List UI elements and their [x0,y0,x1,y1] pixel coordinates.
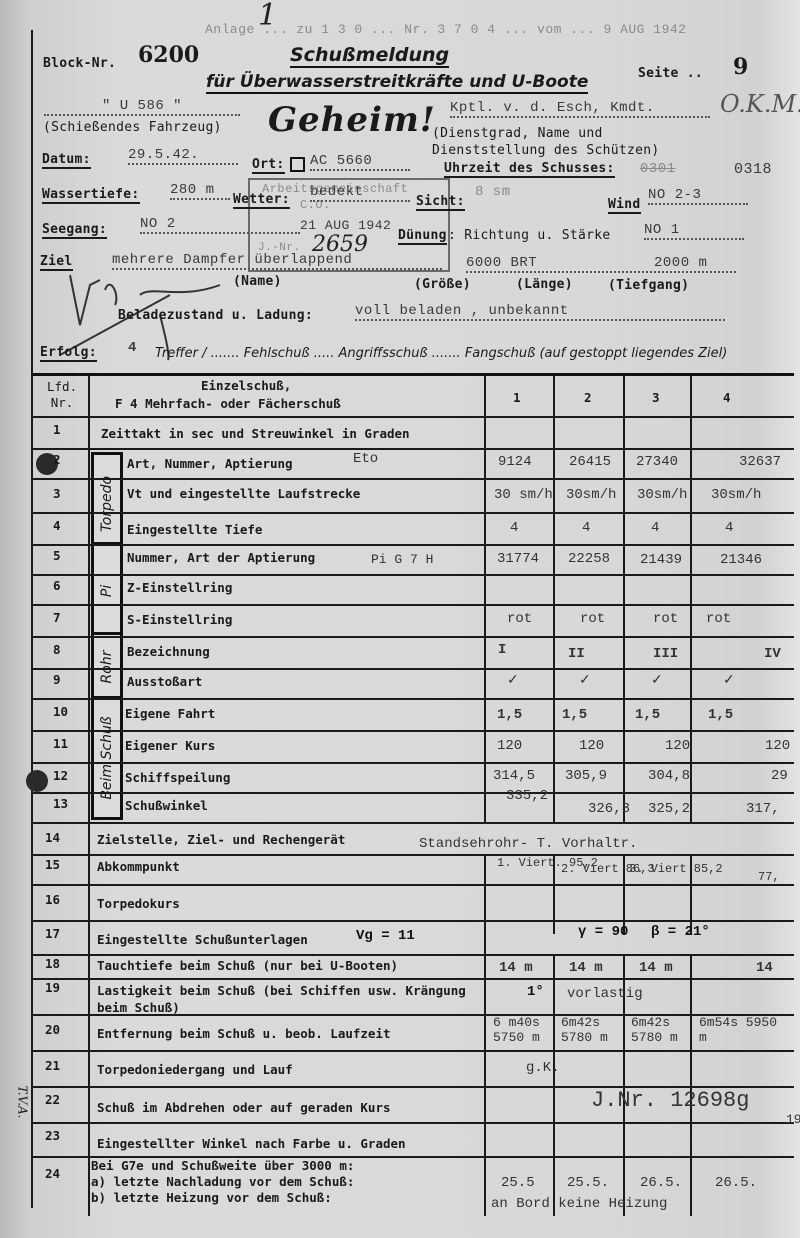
duenung-label: Dünung [398,228,447,245]
col-header-type-2: F 4 Mehrfach- oder Fächerschuß [115,396,341,411]
side-note: T.V.A. [15,1086,29,1119]
col-header-shot-4: 4 [723,390,731,405]
table-row: 6 Z-Einstellring [31,574,794,606]
table-row: 5 Nummer, Art der Aptierung Pi G 7 H 317… [31,544,794,576]
datum-label: Datum: [42,152,91,169]
form-subtitle: für Überwasserstreitkräfte und U-Boote [206,72,588,94]
erfolg-options: Treffer / ....... Fehlschuß ..... Angrif… [155,346,727,361]
page-number: 9 [733,54,748,80]
table-row: 19 Lastigkeit beim Schuß (bei Schiffen u… [31,978,794,1016]
uhrzeit-label: Uhrzeit des Schusses: [444,161,615,178]
beladezustand-label: Beladezustand u. Ladung: [118,308,313,323]
seegang-value: NO 2 [140,216,300,234]
block-number-label: Block-Nr. [43,56,116,71]
table-row: 9 Ausstoßart ✓ ✓ ✓ ✓ [31,668,794,700]
table-row: 12 Schiffspeilung 314,5 305,9 304,8 29 [31,762,794,794]
table-row: 2 Art, Nummer, Aptierung Eto 9124 26415 … [31,448,794,480]
table-row: 15 Abkommpunkt 1. Viert. 95,2 2. Viert 8… [31,854,794,886]
vessel-value: " U 586 " [44,98,240,116]
okm-mark: O.K.M. [720,90,800,118]
secret-stamp: Geheim! [268,100,436,140]
sicht-value: 8 sm [475,184,511,200]
form-title: Schußmeldung [290,44,449,68]
uhrzeit-value: 0318 [734,161,772,178]
table-row: 13 Schußwinkel 335,2 326,3 325,2 317, [31,792,794,824]
table-row: 10 Eigene Fahrt 1,5 1,5 1,5 1,5 [31,698,794,732]
datum-value: 29.5.42. [128,147,238,165]
wind-value: NO 2-3 [648,187,748,205]
table-row: 3 Vt und eingestellte Laufstrecke 30 sm/… [31,478,794,514]
document-page: Anlage ... zu 1 3 0 ... Nr. 3 7 0 4 ... … [0,0,800,1238]
wind-label: Wind [608,197,641,214]
handwritten-mark: 1 [258,0,277,33]
duenung-value: NO 1 [644,222,744,240]
groesse-label: (Größe) [414,277,471,292]
table-row: 24 Bei G7e und Schußweite über 3000 m: a… [31,1156,794,1216]
vessel-label: (Schießendes Fahrzeug) [43,120,222,135]
table-row: 18 Tauchtiefe beim Schuß (nur bei U-Boot… [31,954,794,980]
col-header-shot-2: 2 [584,390,592,405]
sicht-label: Sicht: [416,194,465,211]
wassertiefe-label: Wassertiefe: [42,187,140,204]
table-row: 1 Zeittakt in sec und Streuwinkel in Gra… [31,416,794,450]
ort-checkbox [290,157,305,172]
ziel-depth: 2000 m [654,255,707,271]
wassertiefe-value: 280 m [170,182,230,200]
ort-label: Ort: [252,157,285,174]
erfolg-value: 4 [128,340,137,356]
table-row: 8 Bezeichnung I II III IV [31,636,794,670]
registry-stamp: J.Nr. 12698g [591,1088,749,1113]
block-number: 6200 [138,42,199,68]
table-row: 20 Entfernung beim Schuß u. beob. Laufze… [31,1014,794,1052]
wetter-value: bedekt [310,184,410,202]
table-row: 7 S-Einstellring rot rot rot rot [31,604,794,638]
table-row: 11 Eigener Kurs 120 120 120 120 [31,730,794,764]
erfolg-label: Erfolg: [40,345,97,362]
shot-report-table: Lfd. Nr. Einzelschuß, F 4 Mehrfach- oder… [31,373,794,1216]
table-row: 17 Eingestellte Schußunterlagen Vg = 11 … [31,920,794,956]
beladezustand-value: voll beladen , unbekannt [355,303,725,321]
table-header-row: Lfd. Nr. Einzelschuß, F 4 Mehrfach- oder… [31,376,794,418]
table-row: 16 Torpedokurs [31,884,794,922]
col-header-shot-1: 1 [513,390,521,405]
seegang-label: Seegang: [42,222,107,239]
laenge-label: (Länge) [516,277,573,292]
table-row: 4 Eingestellte Tiefe 4 4 4 4 [31,512,794,546]
wetter-label: Wetter: [233,192,290,209]
col-header-shot-3: 3 [652,390,660,405]
page-label: Seite .. [638,66,703,81]
col-header-type-1: Einzelschuß, [201,378,291,393]
table-row: 21 Torpedoniedergang und Lauf g.K. [31,1050,794,1088]
col-header-lfd: Lfd. Nr. [47,379,77,411]
table-row: 22 Schuß im Abdrehen oder auf geraden Ku… [31,1086,794,1124]
uhrzeit-struck: 0301 [640,161,676,177]
duenung-desc: : Richtung u. Stärke [448,228,611,243]
tiefgang-label: (Tiefgang) [608,278,689,293]
table-row: 14 Zielstelle, Ziel- und Rechengerät Sta… [31,822,794,856]
ort-value: AC 5660 [310,153,410,171]
table-row: 23 Eingestellter Winkel nach Farbe u. Gr… [31,1122,794,1158]
faint-reference-stamp: Anlage ... zu 1 3 0 ... Nr. 3 7 0 4 ... … [205,22,686,37]
shooter-value: Kptl. v. d. Esch, Kmdt. [450,100,710,118]
shooter-label: (Dienstgrad, Name und Dienststellung des… [432,125,702,159]
stamp-date: 21 AUG 1942 [300,218,391,233]
